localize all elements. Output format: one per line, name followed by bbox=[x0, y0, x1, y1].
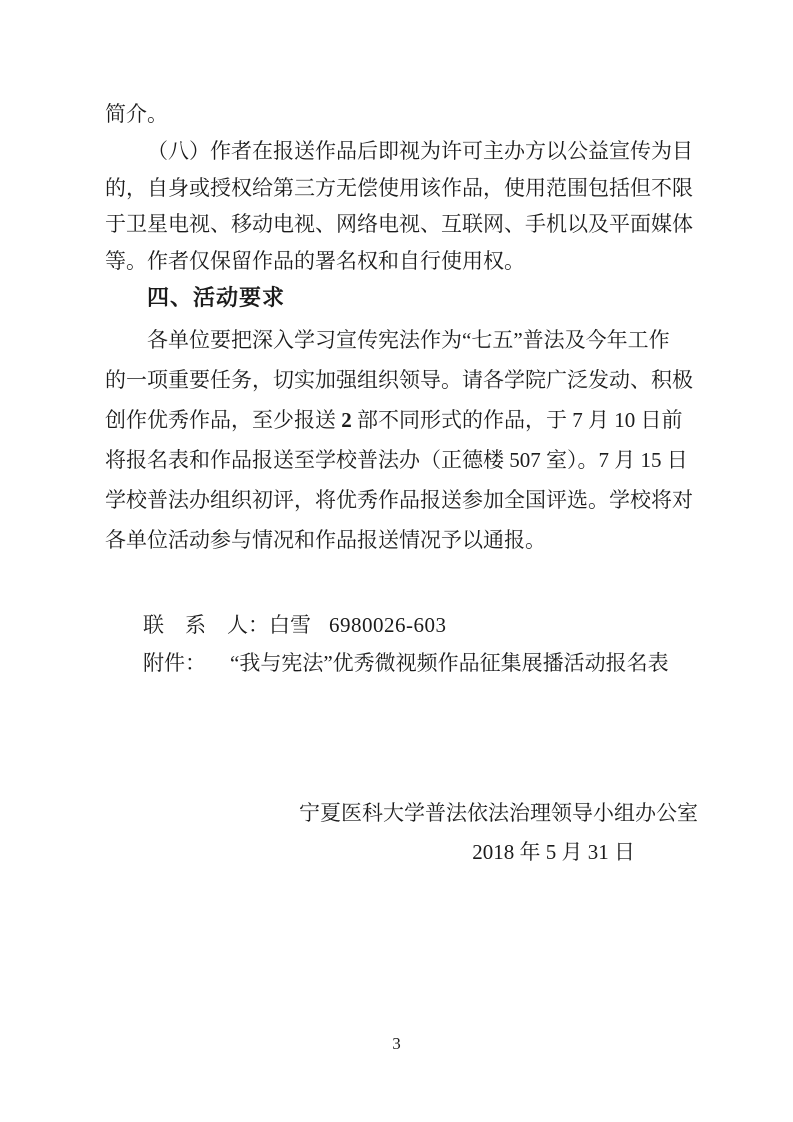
requirements-paragraph: 各单位要把深入学习宣传宪法作为“七五”普法及今年工作 的一项重要任务，切实加强组… bbox=[105, 320, 699, 560]
contact-phone: 6980026-603 bbox=[329, 613, 447, 637]
page-number: 3 bbox=[0, 1034, 793, 1054]
signature-date: 2018 年 5 月 31 日 bbox=[472, 837, 635, 867]
clause-8-line-4: 等。作者仅保留作品的署名权和自行使用权。 bbox=[105, 243, 699, 280]
clause-8-line-2: 的，自身或授权给第三方无偿使用该作品，使用范围包括但不限 bbox=[105, 170, 699, 207]
attachment-label: 附件： bbox=[143, 651, 206, 675]
requirements-line-3-bold-count: 2 bbox=[341, 408, 352, 432]
document-page: 简介。 （八）作者在报送作品后即视为许可主办方以公益宣传为目 的，自身或授权给第… bbox=[0, 0, 793, 1122]
signature-department: 宁夏医科大学普法依法治理领导小组办公室 bbox=[299, 798, 698, 828]
attachment-line: 附件：“我与宪法”优秀微视频作品征集展播活动报名表 bbox=[143, 644, 669, 682]
requirements-line-4: 将报名表和作品报送至学校普法办（正德楼 507 室）。7 月 15 日 bbox=[105, 440, 699, 480]
requirements-line-5: 学校普法办组织初评，将优秀作品报送参加全国评选。学校将对 bbox=[105, 480, 699, 520]
requirements-line-3: 创作优秀作品，至少报送 2 部不同形式的作品，于 7 月 10 日前 bbox=[105, 400, 699, 440]
contact-label: 联 系 人：白雪 bbox=[143, 613, 311, 637]
paragraph-continuation-line: 简介。 bbox=[105, 96, 699, 133]
body-text-block-top: 简介。 （八）作者在报送作品后即视为许可主办方以公益宣传为目 的，自身或授权给第… bbox=[105, 96, 699, 317]
section-heading: 四、活动要求 bbox=[105, 280, 699, 317]
requirements-line-3-pre: 创作优秀作品，至少报送 bbox=[105, 408, 341, 432]
contact-line: 联 系 人：白雪6980026-603 bbox=[143, 606, 447, 644]
requirements-line-6: 各单位活动参与情况和作品报送情况予以通报。 bbox=[105, 520, 699, 560]
clause-8-line-3: 于卫星电视、移动电视、网络电视、互联网、手机以及平面媒体 bbox=[105, 206, 699, 243]
requirements-line-3-post: 部不同形式的作品，于 7 月 10 日前 bbox=[352, 408, 683, 432]
clause-8-line-1: （八）作者在报送作品后即视为许可主办方以公益宣传为目 bbox=[105, 133, 699, 170]
requirements-line-1: 各单位要把深入学习宣传宪法作为“七五”普法及今年工作 bbox=[105, 320, 699, 360]
requirements-line-2: 的一项重要任务，切实加强组织领导。请各学院广泛发动、积极 bbox=[105, 360, 699, 400]
attachment-title: “我与宪法”优秀微视频作品征集展播活动报名表 bbox=[230, 651, 669, 675]
